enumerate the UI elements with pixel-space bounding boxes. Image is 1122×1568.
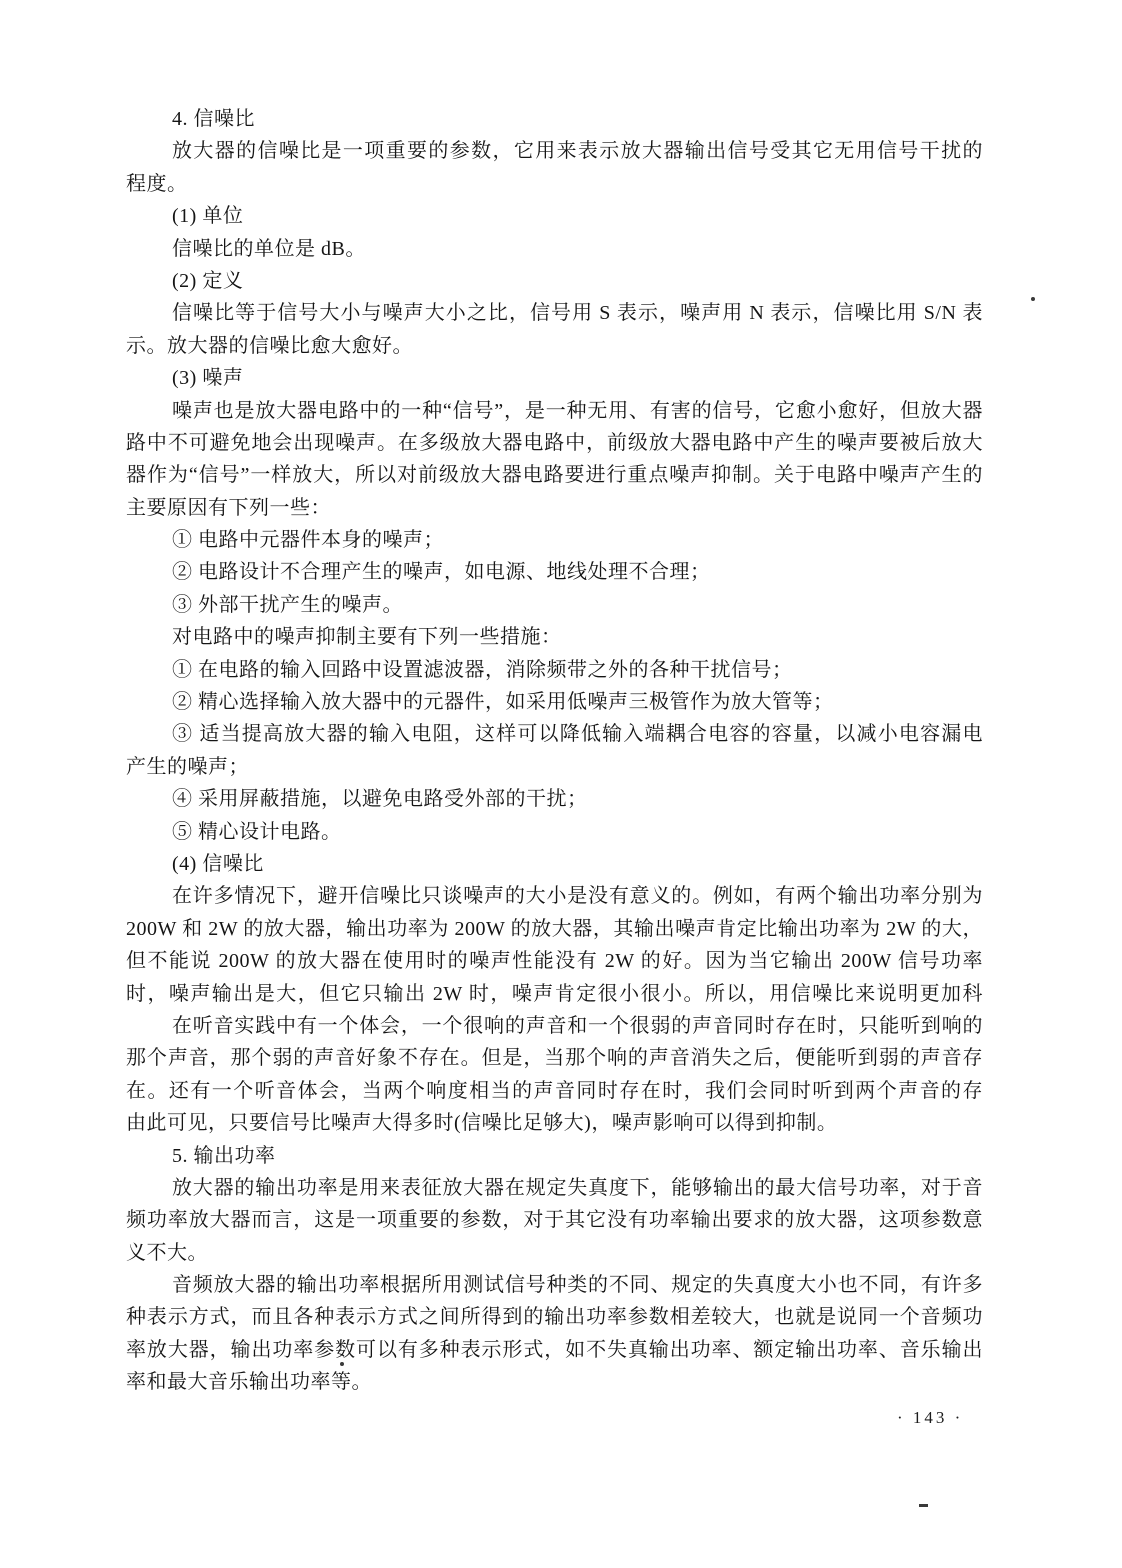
noise-suppression-item-1: ① 在电路的输入回路中设置滤波器，消除频带之外的各种干扰信号；: [126, 654, 983, 686]
paragraph-line: 种表示方式，而且各种表示方式之间所得到的输出功率参数相差较大，也就是说同一个音频…: [126, 1301, 983, 1333]
paragraph-line: 在听音实践中有一个体会，一个很响的声音和一个很弱的声音同时存在时，只能听到响的: [126, 1010, 983, 1042]
paragraph-line: 器作为“信号”一样放大，所以对前级放大器电路要进行重点噪声抑制。关于电路中噪声产…: [126, 459, 983, 491]
paragraph-line: 率放大器，输出功率参数可以有多种表示形式，如不失真输出功率、额定输出功率、音乐输…: [126, 1334, 983, 1366]
paragraph-line: 在。还有一个听音体会，当两个响度相当的声音同时存在时，我们会同时听到两个声音的存…: [126, 1075, 983, 1107]
paragraph-line: 义不大。: [126, 1237, 983, 1269]
heading-output-power: 5. 输出功率: [126, 1140, 983, 1172]
paragraph-line: 放大器的输出功率是用来表征放大器在规定失真度下，能够输出的最大信号功率，对于音: [126, 1172, 983, 1204]
body-text-block: 4. 信噪比 放大器的信噪比是一项重要的参数，它用来表示放大器输出信号受其它无用…: [126, 103, 983, 1399]
noise-suppression-item-4: ④ 采用屏蔽措施，以避免电路受外部的干扰；: [126, 783, 983, 815]
paragraph-line: 程度。: [126, 168, 983, 200]
noise-suppression-item-3: ③ 适当提高放大器的输入电阻，这样可以降低输入端耦合电容的容量，以减小电容漏电: [126, 718, 983, 750]
paragraph-line: 在许多情况下，避开信噪比只谈噪声的大小是没有意义的。例如，有两个输出功率分别为: [126, 880, 983, 912]
paragraph-line: 那个声音，那个弱的声音好象不存在。但是，当那个响的声音消失之后，便能听到弱的声音…: [126, 1042, 983, 1074]
noise-cause-item-3: ③ 外部干扰产生的噪声。: [126, 589, 983, 621]
paragraph-line: 路中不可避免地会出现噪声。在多级放大器电路中，前级放大器电路中产生的噪声要被后放…: [126, 427, 983, 459]
paragraph-line: 时，噪声输出是大，但它只输出 2W 时，噪声肯定很小很小。所以，用信噪比来说明更…: [126, 978, 983, 1010]
paragraph-line: 音频放大器的输出功率根据所用测试信号种类的不同、规定的失真度大小也不同，有许多: [126, 1269, 983, 1301]
paragraph-line: 由此可见，只要信号比噪声大得多时(信噪比足够大)，噪声影响可以得到抑制。: [126, 1107, 983, 1139]
paragraph-line: 200W 和 2W 的放大器，输出功率为 200W 的放大器，其输出噪声肯定比输…: [126, 913, 983, 945]
scan-speck: [340, 1362, 344, 1366]
paragraph-line: 噪声也是放大器电路中的一种“信号”，是一种无用、有害的信号，它愈小愈好，但放大器…: [126, 395, 983, 427]
subheading-definition: (2) 定义: [126, 265, 983, 297]
paragraph-line: 率和最大音乐输出功率等。: [126, 1366, 983, 1398]
paragraph-line: 信噪比等于信号大小与噪声大小之比，信号用 S 表示，噪声用 N 表示，信噪比用 …: [126, 297, 983, 329]
paragraph-line: 对电路中的噪声抑制主要有下列一些措施：: [126, 621, 983, 653]
noise-suppression-item-2: ② 精心选择输入放大器中的元器件，如采用低噪声三极管作为放大管等；: [126, 686, 983, 718]
subheading-unit: (1) 单位: [126, 200, 983, 232]
scan-speck: [1031, 297, 1035, 301]
document-page: 4. 信噪比 放大器的信噪比是一项重要的参数，它用来表示放大器输出信号受其它无用…: [0, 0, 1122, 1568]
paragraph-line: 信噪比的单位是 dB。: [126, 233, 983, 265]
noise-cause-item-1: ① 电路中元器件本身的噪声；: [126, 524, 983, 556]
subheading-snr: (4) 信噪比: [126, 848, 983, 880]
paragraph-line: 频功率放大器而言，这是一项重要的参数，对于其它没有功率输出要求的放大器，这项参数…: [126, 1204, 983, 1236]
heading-signal-noise-ratio: 4. 信噪比: [126, 103, 983, 135]
noise-cause-item-2: ② 电路设计不合理产生的噪声，如电源、地线处理不合理；: [126, 556, 983, 588]
noise-suppression-item-5: ⑤ 精心设计电路。: [126, 816, 983, 848]
noise-suppression-item-3-cont: 产生的噪声；: [126, 751, 983, 783]
scan-speck: [919, 1504, 928, 1507]
paragraph-line: 示。放大器的信噪比愈大愈好。: [126, 330, 983, 362]
paragraph-line: 但不能说 200W 的放大器在使用时的噪声性能没有 2W 的好。因为当它输出 2…: [126, 945, 983, 977]
page-number: · 143 ·: [897, 1408, 963, 1428]
paragraph-line: 放大器的信噪比是一项重要的参数，它用来表示放大器输出信号受其它无用信号干扰的: [126, 135, 983, 167]
paragraph-line: 主要原因有下列一些：: [126, 492, 983, 524]
subheading-noise: (3) 噪声: [126, 362, 983, 394]
